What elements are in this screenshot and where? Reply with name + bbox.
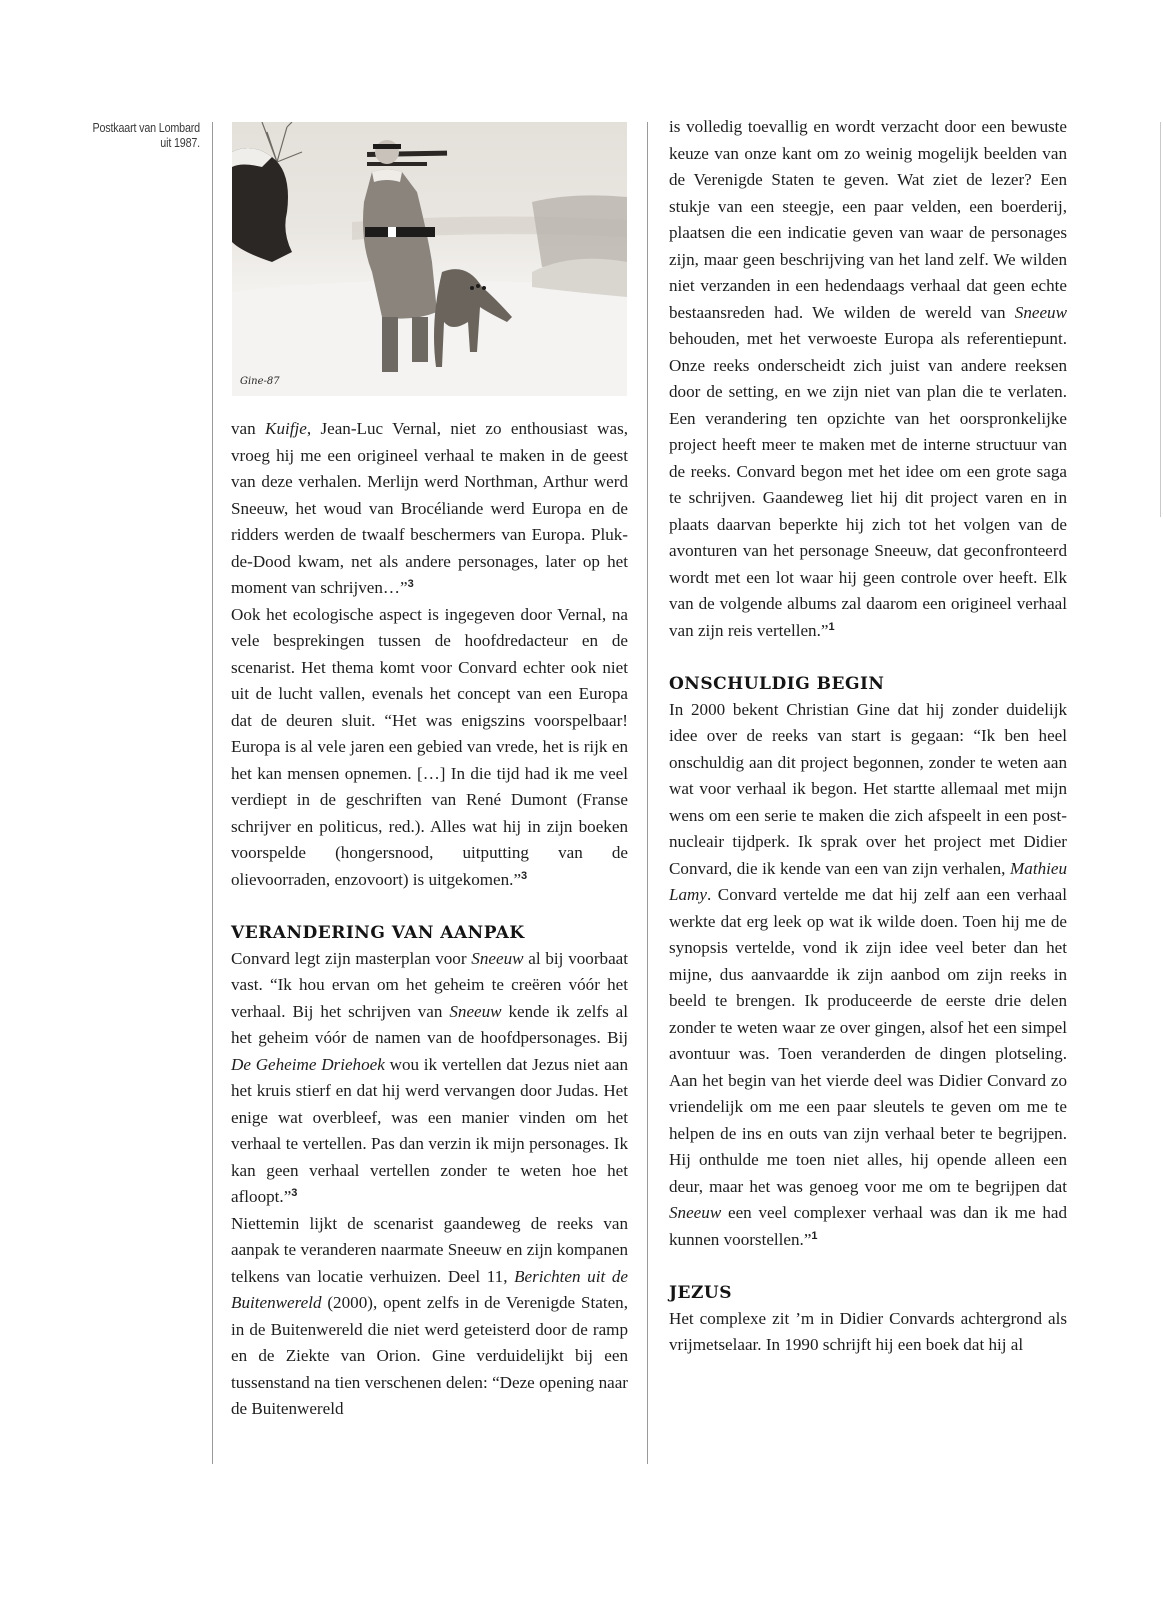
article-column-left: van Kuifje, Jean-Luc Vernal, niet zo ent…: [231, 416, 628, 1423]
section-heading-verandering: VERANDERING VAN AANPAK: [231, 920, 628, 946]
caption-line-2: uit 1987.: [62, 136, 200, 151]
section-heading-jezus: JEZUS: [669, 1280, 1067, 1306]
paragraph: Niettemin lijkt de scenarist gaandeweg d…: [231, 1211, 628, 1423]
caption-divider: [212, 122, 213, 1464]
paragraph: Ook het ecologische aspect is ingegeven …: [231, 602, 628, 894]
paragraph: Het complexe zit ’m in Didier Convards a…: [669, 1306, 1067, 1359]
column-divider: [647, 122, 648, 1464]
section-heading-onschuldig: ONSCHULDIG BEGIN: [669, 671, 1067, 697]
paragraph: In 2000 bekent Christian Gine dat hij zo…: [669, 697, 1067, 1254]
caption-line-1: Postkaart van Lombard: [62, 121, 200, 136]
postcard-illustration: Gine-87: [232, 122, 627, 396]
image-caption: Postkaart van Lombard uit 1987.: [62, 121, 200, 151]
article-column-right: is volledig toevallig en wordt verzacht …: [669, 114, 1067, 1359]
paragraph: Convard legt zijn masterplan voor Sneeuw…: [231, 946, 628, 1211]
paragraph: van Kuifje, Jean-Luc Vernal, niet zo ent…: [231, 416, 628, 602]
paragraph: is volledig toevallig en wordt verzacht …: [669, 114, 1067, 644]
page-edge-line: [1160, 122, 1161, 517]
illustration-signature: Gine-87: [240, 376, 280, 387]
